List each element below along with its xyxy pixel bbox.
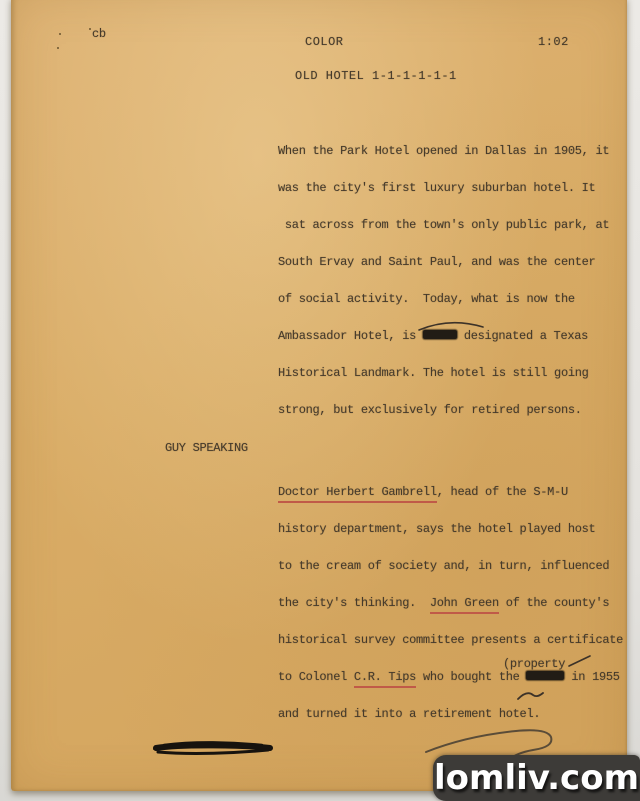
paragraph-2: Doctor Herbert Gambrell, head of the S-M…: [278, 474, 640, 733]
pen-arc-mark: [416, 318, 488, 333]
paper-speck: [89, 28, 91, 30]
duration-label: 1:02: [538, 36, 569, 48]
writer-initials: cb: [92, 28, 106, 40]
p1-line: When the Park Hotel opened in Dallas in …: [278, 133, 638, 170]
pen-slash-mark: [567, 654, 593, 668]
scribble-strikeout: [152, 740, 276, 758]
p2-line: to the cream of society and, in turn, in…: [278, 548, 640, 585]
page-title: OLD HOTEL 1-1-1-1-1-1: [295, 70, 457, 82]
p1-line: sat across from the town's only public p…: [278, 207, 638, 244]
p1-line: Historical Landmark. The hotel is still …: [278, 355, 638, 392]
p1-line: of social activity. Today, what is now t…: [278, 281, 638, 318]
paragraph-1: When the Park Hotel opened in Dallas in …: [278, 133, 638, 429]
scanned-news-script: { "doc": { "corner_note": "cb", "slug": …: [0, 0, 640, 801]
underlined-name-gambrell: Doctor Herbert Gambrell: [278, 485, 437, 503]
p2-l4-pre: the city's thinking.: [278, 596, 430, 610]
insertion-annotation: (property: [503, 658, 565, 670]
p2-l6-pre: to Colonel: [278, 670, 354, 684]
slug-label: COLOR: [305, 36, 344, 48]
p1-l6-pre: Ambassador Hotel, is: [278, 329, 423, 343]
p2-l6-mid: who bought the: [416, 670, 526, 684]
p2-line: history department, says the hotel playe…: [278, 511, 640, 548]
script-page: cb COLOR 1:02 OLD HOTEL 1-1-1-1-1-1 When…: [11, 0, 627, 791]
p2-l1-rest: , head of the S-M-U: [437, 485, 568, 499]
paper-speck: [59, 33, 61, 35]
p2-line-gambrell: Doctor Herbert Gambrell, head of the S-M…: [278, 474, 640, 511]
p1-line: South Ervay and Saint Paul, and was the …: [278, 244, 638, 281]
watermark-badge: lomliv.com: [433, 755, 640, 801]
underlined-name-green: John Green: [430, 596, 499, 614]
p2-line-green: the city's thinking. John Green of the c…: [278, 585, 640, 622]
redaction-mark: [526, 671, 564, 680]
pen-caret-mark: [516, 689, 546, 703]
paper-speck: [57, 47, 59, 49]
p1-line: strong, but exclusively for retired pers…: [278, 392, 638, 429]
p1-line: was the city's first luxury suburban hot…: [278, 170, 638, 207]
underlined-name-tips: C.R. Tips: [354, 670, 416, 688]
speaker-cue: GUY SPEAKING: [165, 442, 248, 454]
p2-l4-post: of the county's: [499, 596, 609, 610]
p2-l6-post: in 1955: [564, 670, 619, 684]
